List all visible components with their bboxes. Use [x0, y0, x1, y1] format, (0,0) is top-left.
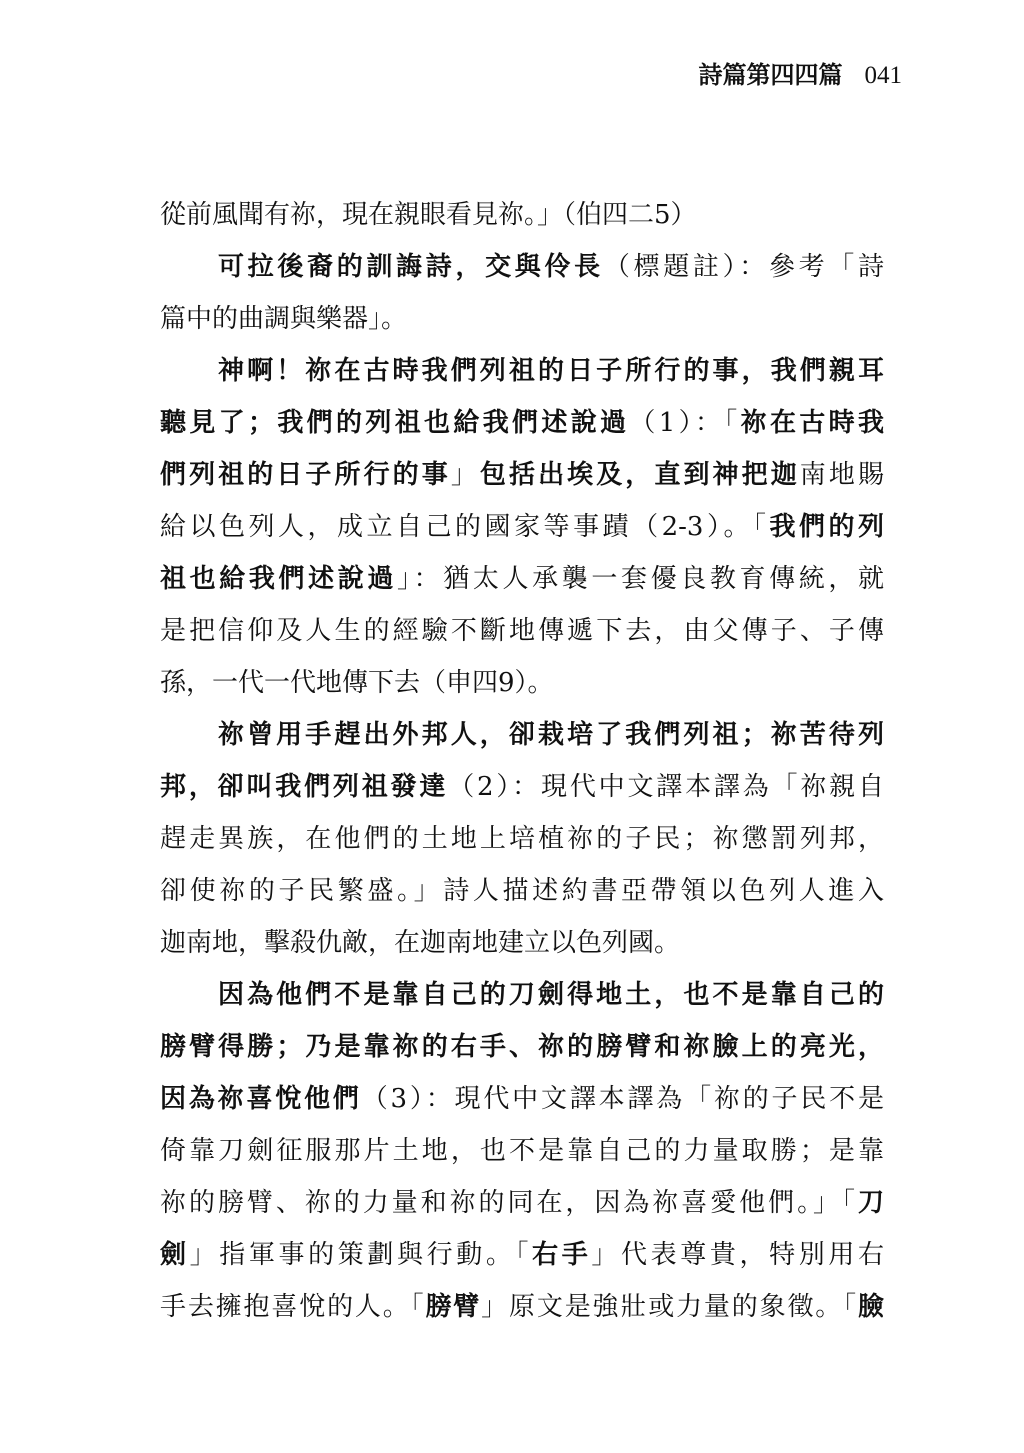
text-segment: 孫，一代一代地傳下去（申四9）。: [160, 668, 554, 698]
bold-text-segment: 因為他們不是靠自己的刀劍得地土，也不是靠自己的: [218, 980, 884, 1010]
text-segment: 手去擁抱喜悅的人。「: [160, 1292, 425, 1322]
text-line: 因為他們不是靠自己的刀劍得地土，也不是靠自己的: [160, 973, 884, 1025]
bold-text-segment: 膀臂: [425, 1292, 481, 1322]
bold-text-segment: 膀臂得勝；乃是靠祢的右手、祢的膀臂和祢臉上的亮光，: [160, 1032, 884, 1062]
text-line: 可拉後裔的訓誨詩，交與伶長（標題註）：參考「詩: [160, 245, 884, 297]
bold-text-segment: 神啊！祢在古時我們列祖的日子所行的事，我們親耳: [218, 356, 884, 386]
text-line: 邦，卻叫我們列祖發達（2）：現代中文譯本譯為「祢親自: [160, 765, 884, 817]
text-line: 祢曾用手趕出外邦人，卻栽培了我們列祖；祢苦待列: [160, 713, 884, 765]
text-segment: 從前風聞有祢，現在親眼看見祢。」（伯四二5）: [160, 200, 697, 230]
text-segment: 趕走異族，在他們的土地上培植祢的子民；祢懲罰列邦，: [160, 824, 884, 854]
text-segment: 」：猶太人承襲一套優良教育傳統，就: [397, 564, 884, 594]
text-segment: （3）：現代中文譯本譯為「祢的子民不是: [362, 1084, 884, 1114]
text-line: 聽見了；我們的列祖也給我們述說過（1）：「祢在古時我: [160, 401, 884, 453]
text-line: 趕走異族，在他們的土地上培植祢的子民；祢懲罰列邦，: [160, 817, 884, 869]
text-line: 祖也給我們述說過」：猶太人承襲一套優良教育傳統，就: [160, 557, 884, 609]
text-line: 是把信仰及人生的經驗不斷地傳遞下去，由父傳子、子傳: [160, 609, 884, 661]
text-segment: 」指軍事的策劃與行動。「: [190, 1240, 532, 1270]
text-line: 給以色列人，成立自己的國家等事蹟（2-3）。「我們的列: [160, 505, 884, 557]
page-number: 041: [865, 62, 903, 89]
text-line: 倚靠刀劍征服那片土地，也不是靠自己的力量取勝；是靠: [160, 1129, 884, 1181]
bold-text-segment: 臉: [858, 1292, 884, 1322]
text-line: 從前風聞有祢，現在親眼看見祢。」（伯四二5）: [160, 193, 884, 245]
bold-text-segment: 我們的列: [769, 512, 884, 542]
bold-text-segment: 可拉後裔的訓誨詩，交與伶長: [218, 252, 604, 282]
running-header: 詩篇第四四篇041: [699, 55, 903, 90]
bold-text-segment: 祢在古時我: [741, 408, 884, 438]
text-line: 神啊！祢在古時我們列祖的日子所行的事，我們親耳: [160, 349, 884, 401]
text-segment: 篇中的曲調與樂器」。: [160, 304, 407, 334]
bold-text-segment: 祖也給我們述說過: [160, 564, 397, 594]
text-line: 祢的膀臂、祢的力量和祢的同在，因為祢喜愛他們。」「刀: [160, 1181, 884, 1233]
text-segment: 」: [451, 460, 480, 490]
bold-text-segment: 祢曾用手趕出外邦人，卻栽培了我們列祖；祢苦待列: [218, 720, 884, 750]
bold-text-segment: 們列祖的日子所行的事: [160, 460, 451, 490]
text-line: 手去擁抱喜悅的人。「膀臂」原文是強壯或力量的象徵。「臉: [160, 1285, 884, 1337]
text-segment: 卻使祢的子民繁盛。」詩人描述約書亞帶領以色列人進入: [160, 876, 884, 906]
text-segment: 倚靠刀劍征服那片土地，也不是靠自己的力量取勝；是靠: [160, 1136, 884, 1166]
text-segment: 」原文是強壯或力量的象徵。「: [481, 1292, 858, 1322]
bold-text-segment: 刀: [858, 1188, 884, 1218]
text-segment: （1）：「: [629, 408, 740, 438]
text-line: 孫，一代一代地傳下去（申四9）。: [160, 661, 884, 713]
bold-text-segment: 聽見了；我們的列祖也給我們述說過: [160, 408, 629, 438]
text-segment: 祢的膀臂、祢的力量和祢的同在，因為祢喜愛他們。」「: [160, 1188, 858, 1218]
bold-text-segment: 包括出埃及，直到神把迦: [480, 460, 800, 490]
text-segment: 是把信仰及人生的經驗不斷地傳遞下去，由父傳子、子傳: [160, 616, 884, 646]
text-line: 劍」指軍事的策劃與行動。「右手」代表尊貴，特別用右: [160, 1233, 884, 1285]
text-segment: （2）：現代中文譯本譯為「祢親自: [448, 772, 884, 802]
bold-text-segment: 右手: [532, 1240, 591, 1270]
text-segment: 給以色列人，成立自己的國家等事蹟（2-3）。「: [160, 512, 769, 542]
text-line: 們列祖的日子所行的事」包括出埃及，直到神把迦南地賜: [160, 453, 884, 505]
bold-text-segment: 邦，卻叫我們列祖發達: [160, 772, 448, 802]
text-line: 篇中的曲調與樂器」。: [160, 297, 884, 349]
text-line: 卻使祢的子民繁盛。」詩人描述約書亞帶領以色列人進入: [160, 869, 884, 921]
bold-text-segment: 劍: [160, 1240, 190, 1270]
text-line: 因為祢喜悅他們（3）：現代中文譯本譯為「祢的子民不是: [160, 1077, 884, 1129]
text-segment: 」代表尊貴，特別用右: [591, 1240, 884, 1270]
chapter-title: 詩篇第四四篇: [699, 60, 843, 89]
text-line: 膀臂得勝；乃是靠祢的右手、祢的膀臂和祢臉上的亮光，: [160, 1025, 884, 1077]
text-segment: 南地賜: [800, 460, 884, 490]
bold-text-segment: 因為祢喜悅他們: [160, 1084, 362, 1114]
text-segment: （標題註）：參考「詩: [604, 252, 884, 282]
text-line: 迦南地，擊殺仇敵，在迦南地建立以色列國。: [160, 921, 884, 973]
text-segment: 迦南地，擊殺仇敵，在迦南地建立以色列國。: [160, 928, 680, 958]
page-body: 從前風聞有祢，現在親眼看見祢。」（伯四二5）可拉後裔的訓誨詩，交與伶長（標題註）…: [160, 193, 884, 1337]
